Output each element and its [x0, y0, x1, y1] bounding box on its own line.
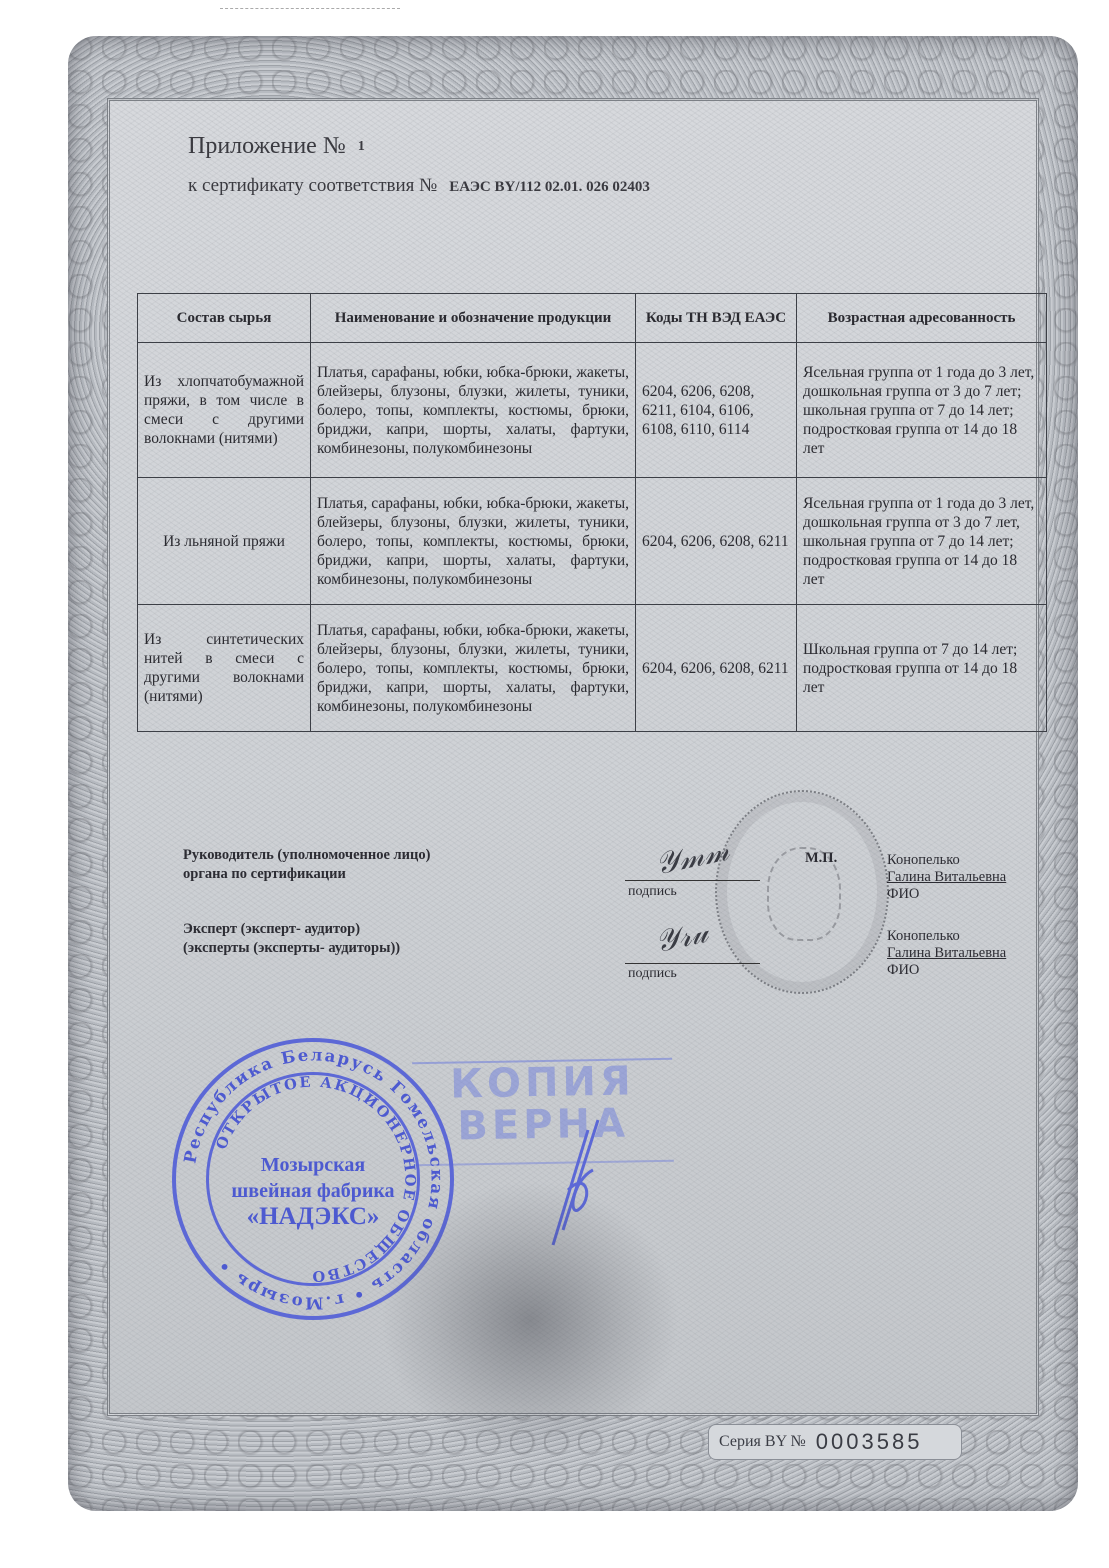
cell-products: Платья, сарафаны, юбки, юбка-брюки, жаке…	[311, 478, 636, 605]
expert-signature-caption: подпись	[628, 966, 677, 982]
cell-age: Ясельная группа от 1 года до 3 лет, дошк…	[797, 343, 1047, 478]
expert-fio-caption: ФИО	[887, 962, 1006, 979]
header-codes: Коды ТН ВЭД ЕАЭС	[636, 294, 797, 343]
company-seal-line1: Мозырская	[176, 1152, 450, 1178]
table-header-row: Состав сырья Наименование и обозначение …	[138, 294, 1047, 343]
certificate-reference: к сертификату соответствия №ЕАЭС BY/112 …	[188, 175, 650, 197]
expert-name: Конопелько Галина Витальевна ФИО	[887, 928, 1006, 979]
cell-codes: 6204, 6206, 6208, 6211	[636, 605, 797, 732]
expert-label-line2: (эксперты (эксперты- аудиторы))	[183, 939, 400, 958]
expert-label: Эксперт (эксперт- аудитор) (эксперты (эк…	[183, 920, 400, 958]
cell-age: Ясельная группа от 1 года до 3 лет, дошк…	[797, 478, 1047, 605]
series-label: Серия BY №	[719, 1433, 806, 1451]
blue-ink-signature	[548, 1110, 608, 1250]
cell-age: Школьная группа от 7 до 14 лет; подростк…	[797, 605, 1047, 732]
head-of-certification-label: Руководитель (уполномоченное лицо) орган…	[183, 846, 430, 884]
head-label-line1: Руководитель (уполномоченное лицо)	[183, 846, 430, 865]
cell-products: Платья, сарафаны, юбки, юбка-брюки, жаке…	[311, 343, 636, 478]
header-products: Наименование и обозначение продукции	[311, 294, 636, 343]
cell-material: Из хлопчатобумажной пряжи, в том числе в…	[138, 343, 311, 478]
expert-first-name: Галина Витальевна	[887, 945, 1006, 962]
annex-title-text: Приложение №	[188, 133, 346, 159]
company-seal-line2: швейная фабрика	[176, 1178, 450, 1204]
expert-label-line1: Эксперт (эксперт- аудитор)	[183, 920, 400, 939]
head-label-line2: органа по сертификации	[183, 865, 430, 884]
company-seal: Республика Беларусь Гомельская область •…	[172, 1038, 454, 1320]
company-seal-center: Мозырская швейная фабрика «НАДЭКС»	[176, 1152, 450, 1230]
head-first-name: Галина Витальевна	[887, 869, 1006, 886]
table-row: Из синтетических нитей в смеси с другими…	[138, 605, 1047, 732]
annex-title: Приложение №1	[188, 133, 365, 160]
copy-certified-stamp: КОПИЯ ВЕРНА	[412, 1058, 674, 1167]
series-number-box: Серия BY № 0003585	[708, 1424, 962, 1460]
products-table: Состав сырья Наименование и обозначение …	[137, 293, 1047, 732]
series-number: 0003585	[816, 1429, 923, 1455]
head-fio-caption: ФИО	[887, 886, 1006, 903]
cell-codes: 6204, 6206, 6208, 6211, 6104, 6106, 6108…	[636, 343, 797, 478]
table-row: Из хлопчатобумажной пряжи, в том числе в…	[138, 343, 1047, 478]
cell-products: Платья, сарафаны, юбки, юбка-брюки, жаке…	[311, 605, 636, 732]
certificate-label: к сертификату соответствия №	[188, 175, 437, 196]
scan-artifact-line	[220, 8, 400, 9]
company-seal-line3: «НАДЭКС»	[176, 1204, 450, 1230]
cell-material: Из синтетических нитей в смеси с другими…	[138, 605, 311, 732]
head-signature-caption: подпись	[628, 884, 677, 900]
head-signature-line	[625, 880, 760, 881]
stamp-place-label: М.П.	[805, 850, 837, 867]
table-row: Из льняной пряжи Платья, сарафаны, юбки,…	[138, 478, 1047, 605]
copy-stamp-line2: ВЕРНА	[413, 1102, 674, 1149]
expert-signature-line	[625, 963, 760, 964]
head-name: Конопелько Галина Витальевна ФИО	[887, 852, 1006, 903]
certificate-number: ЕАЭС BY/112 02.01. 026 02403	[449, 179, 650, 195]
cell-codes: 6204, 6206, 6208, 6211	[636, 478, 797, 605]
header-age: Возрастная адресованность	[797, 294, 1047, 343]
annex-number: 1	[358, 139, 365, 154]
copy-stamp-line1: КОПИЯ	[412, 1060, 673, 1107]
head-last-name: Конопелько	[887, 852, 1006, 869]
expert-last-name: Конопелько	[887, 928, 1006, 945]
cell-material: Из льняной пряжи	[138, 478, 311, 605]
header-material: Состав сырья	[138, 294, 311, 343]
